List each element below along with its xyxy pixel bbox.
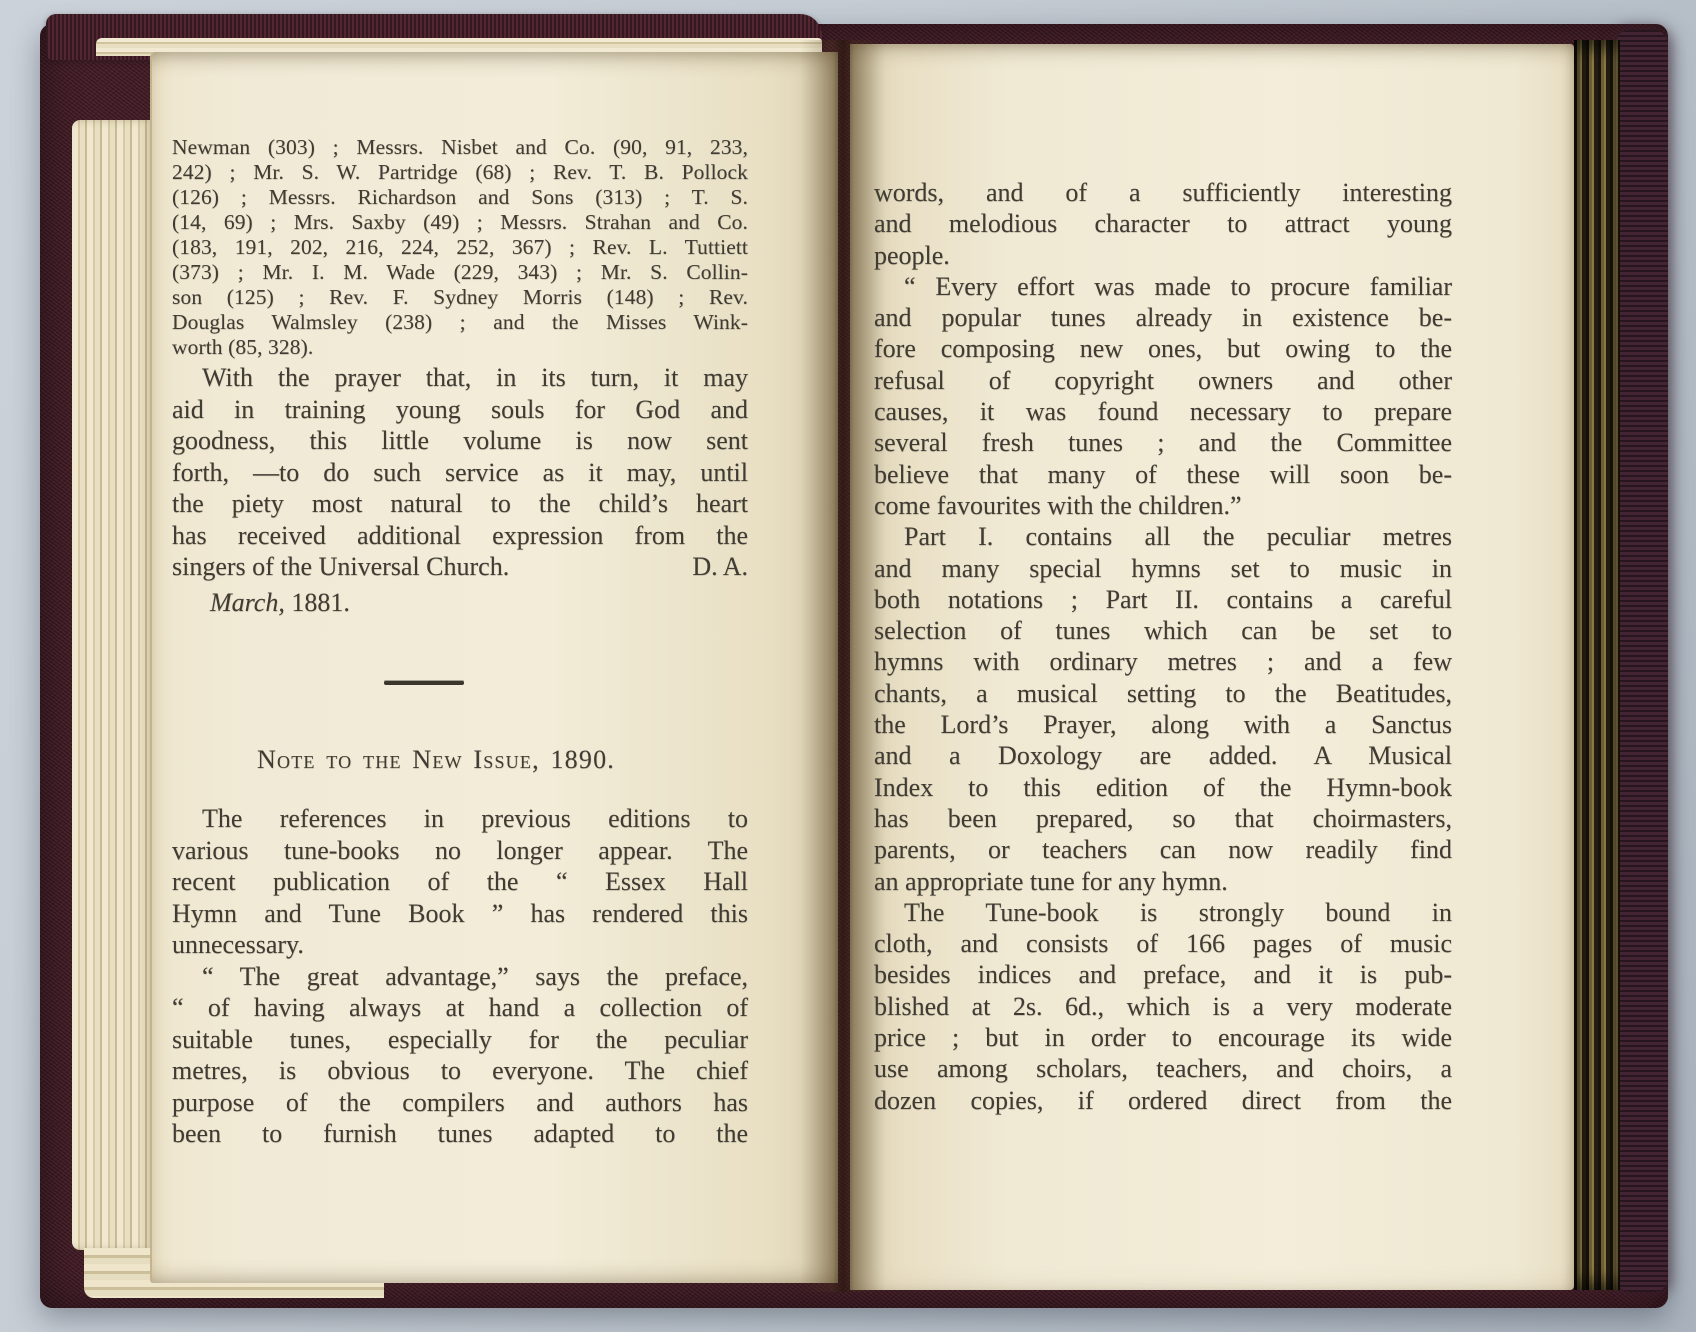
right-fore-edge: [1574, 40, 1620, 1290]
text-line: cloth, and consists of 166 pages of musi…: [874, 928, 1452, 959]
text-line: parents, or teachers can now readily fin…: [874, 834, 1452, 865]
text-line: 242) ; Mr. S. W. Partridge (68) ; Rev. T…: [172, 160, 748, 185]
paragraph: Part I. contains all the peculiar metres…: [874, 521, 1452, 897]
text-line: suitable tunes, especially for the pecul…: [172, 1024, 748, 1056]
text-line: blished at 2s. 6d., which is a very mode…: [874, 991, 1452, 1022]
text-line: Index to this edition of the Hymn-book: [874, 772, 1452, 803]
paragraph: The references in previous editions tova…: [172, 803, 748, 961]
text-line: has been prepared, so that choirmasters,: [874, 803, 1452, 834]
text-line: (126) ; Messrs. Richardson and Sons (313…: [172, 185, 748, 210]
text-line: and melodious character to attract young: [874, 208, 1452, 239]
text-line: Newman (303) ; Messrs. Nisbet and Co. (9…: [172, 135, 748, 160]
text-line: both notations ; Part II. contains a car…: [874, 584, 1452, 615]
text-line: metres, is obvious to everyone. The chie…: [172, 1055, 748, 1087]
text-line: The references in previous editions to: [172, 803, 748, 835]
text-line: goodness, this little volume is now sent: [172, 425, 748, 457]
text-line: worth (85, 328).: [172, 335, 748, 360]
date-month: March,: [210, 588, 285, 617]
photo-backdrop: Newman (303) ; Messrs. Nisbet and Co. (9…: [0, 0, 1696, 1332]
text-line: The Tune-book is strongly bound in: [874, 897, 1452, 928]
text-line: son (125) ; Rev. F. Sydney Morris (148) …: [172, 285, 748, 310]
text-line: Hymn and Tune Book ” has rendered this: [172, 898, 748, 930]
text-line: (183, 191, 202, 216, 224, 252, 367) ; Re…: [172, 235, 748, 260]
text-line: Part I. contains all the peculiar metres: [874, 521, 1452, 552]
date-line: March, 1881.: [172, 587, 748, 619]
date-year: 1881.: [285, 588, 350, 617]
text-line: chants, a musical setting to the Beatitu…: [874, 678, 1452, 709]
paragraph: “ The great advantage,” says the preface…: [172, 961, 748, 1150]
text-line: causes, it was found necessary to prepar…: [874, 396, 1452, 427]
text-line: Douglas Walmsley (238) ; and the Misses …: [172, 310, 748, 335]
text-line: besides indices and preface, and it is p…: [874, 959, 1452, 990]
text-line: people.: [874, 240, 1452, 271]
text-line: been to furnish tunes adapted to the: [172, 1118, 748, 1150]
text-line: recent publication of the “ Essex Hall: [172, 866, 748, 898]
left-page-edge-stack: [72, 120, 154, 1250]
text-line: has received additional expression from …: [172, 520, 748, 552]
text-line: selection of tunes which can be set to: [874, 615, 1452, 646]
text-line: With the prayer that, in its turn, it ma…: [172, 362, 748, 394]
author-initials: D. A.: [692, 551, 748, 583]
text-line: use among scholars, teachers, and choirs…: [874, 1053, 1452, 1084]
paragraph: Newman (303) ; Messrs. Nisbet and Co. (9…: [172, 135, 748, 360]
paragraph: “ Every effort was made to procure famil…: [874, 271, 1452, 521]
text-line: “ The great advantage,” says the preface…: [172, 961, 748, 993]
paragraph: The Tune-book is strongly bound incloth,…: [874, 897, 1452, 1116]
text-line: forth, —to do such service as it may, un…: [172, 457, 748, 489]
text-line: an appropriate tune for any hymn.: [874, 866, 1452, 897]
text-line: and many special hymns set to music in: [874, 553, 1452, 584]
text-line: various tune-books no longer appear. The: [172, 835, 748, 867]
text-line: price ; but in order to encourage its wi…: [874, 1022, 1452, 1053]
text-line: “ Every effort was made to procure famil…: [874, 271, 1452, 302]
text-line: words, and of a sufficiently interesting: [874, 177, 1452, 208]
paragraph: words, and of a sufficiently interesting…: [874, 177, 1452, 271]
text-line: dozen copies, if ordered direct from the: [874, 1085, 1452, 1116]
text-line: several fresh tunes ; and the Committee: [874, 427, 1452, 458]
text-line: aid in training young souls for God and: [172, 394, 748, 426]
text-line: and a Doxology are added. A Musical: [874, 740, 1452, 771]
text-line: purpose of the compilers and authors has: [172, 1087, 748, 1119]
section-heading: Note to the New Issue, 1890.: [172, 743, 748, 777]
text-line: (14, 69) ; Mrs. Saxby (49) ; Messrs. Str…: [172, 210, 748, 235]
book-cover-right-edge: [1616, 30, 1668, 1292]
section-divider-rule: [384, 680, 464, 685]
text-line-left: singers of the Universal Church.: [172, 551, 509, 583]
text-line: singers of the Universal Church.D. A.: [172, 551, 748, 583]
text-line: and popular tunes already in existence b…: [874, 302, 1452, 333]
text-line: come favourites with the children.”: [874, 490, 1452, 521]
text-line: the Lord’s Prayer, along with a Sanctus: [874, 709, 1452, 740]
text-line: unnecessary.: [172, 929, 748, 961]
left-page-text: Newman (303) ; Messrs. Nisbet and Co. (9…: [172, 135, 748, 1150]
text-line: (373) ; Mr. I. M. Wade (229, 343) ; Mr. …: [172, 260, 748, 285]
text-line: hymns with ordinary metres ; and a few: [874, 646, 1452, 677]
text-line: believe that many of these will soon be-: [874, 459, 1452, 490]
text-line: the piety most natural to the child’s he…: [172, 488, 748, 520]
text-line: fore composing new ones, but owing to th…: [874, 333, 1452, 364]
text-line: refusal of copyright owners and other: [874, 365, 1452, 396]
text-line: “ of having always at hand a collection …: [172, 992, 748, 1024]
paragraph: With the prayer that, in its turn, it ma…: [172, 362, 748, 583]
right-page-text: words, and of a sufficiently interesting…: [874, 177, 1452, 1116]
